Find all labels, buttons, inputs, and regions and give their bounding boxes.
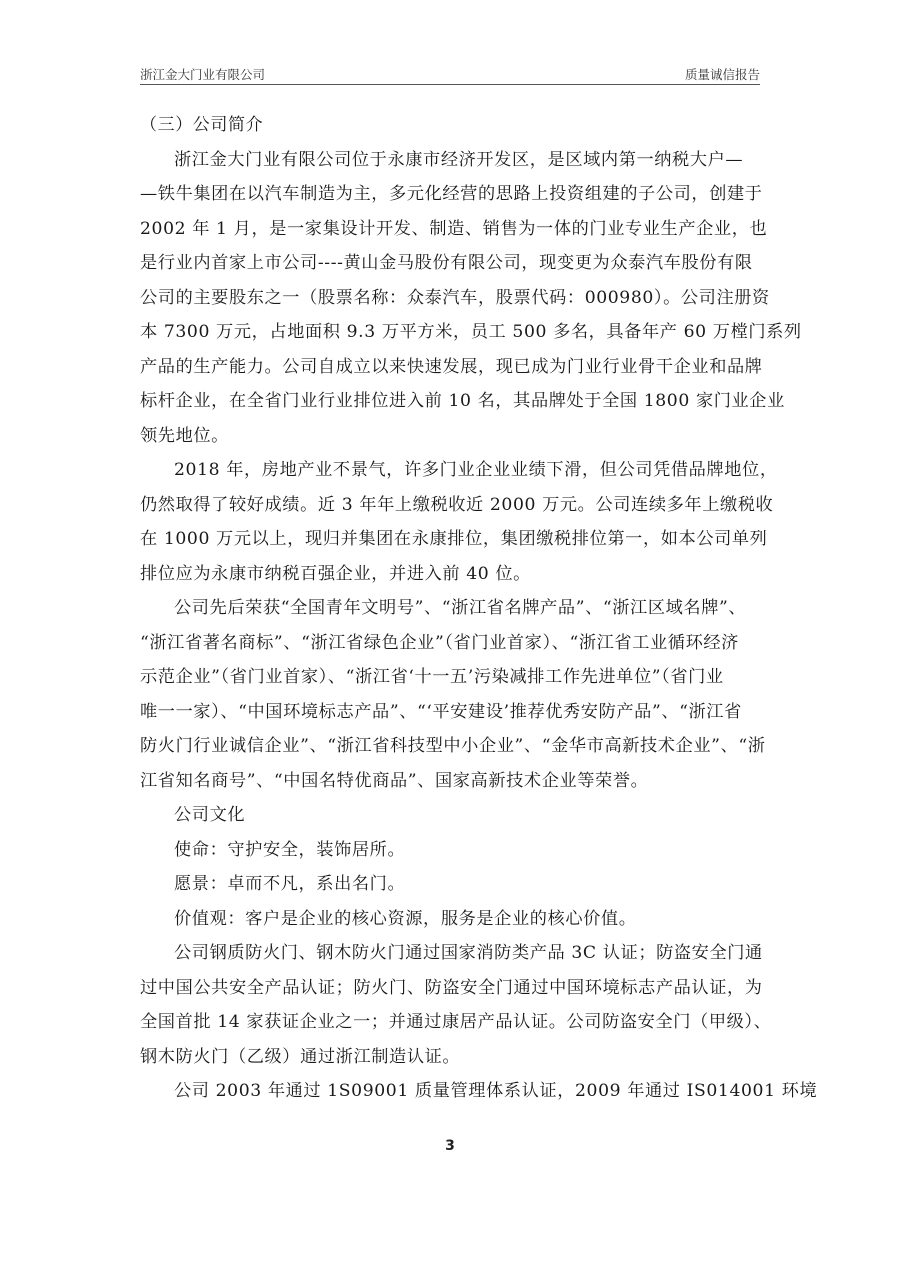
page-body: （三）公司简介 浙江金大门业有限公司位于永康市经济开发区，是区域内第一纳税大户—…: [140, 108, 760, 1109]
text-line: 示范企业”（省门业首家）、“浙江省‘十一五’污染减排工作先进单位”（省门业: [140, 660, 760, 695]
page-header: 浙江金大门业有限公司 质量诚信报告: [140, 62, 760, 85]
text-line: 过中国公共安全产品认证；防火门、防盗安全门通过中国环境标志产品认证，为: [140, 971, 760, 1006]
text-line: 钢木防火门（乙级）通过浙江制造认证。: [140, 1040, 760, 1075]
text-line: 本 7300 万元，占地面积 9.3 万平方米，员工 500 多名，具备年产 6…: [140, 315, 760, 350]
company-culture: 公司文化 使命：守护安全，装饰居所。 愿景：卓而不凡，系出名门。 价值观：客户是…: [140, 798, 760, 936]
text-line: 产品的生产能力。公司自成立以来快速发展，现已成为门业行业骨干企业和品牌: [140, 350, 760, 385]
header-report-title: 质量诚信报告: [685, 65, 760, 83]
document-page: 浙江金大门业有限公司 质量诚信报告 （三）公司简介 浙江金大门业有限公司位于永康…: [0, 0, 900, 1261]
text-line: 排位应为永康市纳税百强企业，并进入前 40 位。: [140, 557, 760, 592]
text-line: 唯一一家）、“中国环境标志产品”、“‘平安建设’推荐优秀安防产品”、“浙江省: [140, 695, 760, 730]
text-line: 防火门行业诚信企业”、“浙江省科技型中小企业”、“金华市高新技术企业”、“浙: [140, 729, 760, 764]
text-line: 是行业内首家上市公司----黄山金马股份有限公司，现变更为众泰汽车股份有限: [140, 246, 760, 281]
text-line: 在 1000 万元以上，现归并集团在永康排位，集团缴税排位第一，如本公司单列: [140, 522, 760, 557]
text-line: 公司的主要股东之一（股票名称：众泰汽车，股票代码：000980）。公司注册资: [140, 281, 760, 316]
text-line: 公司 2003 年通过 1S09001 质量管理体系认证，2009 年通过 IS…: [140, 1074, 760, 1109]
tax-paragraph: 2018 年，房地产业不景气，许多门业企业业绩下滑，但公司凭借品牌地位， 仍然取…: [140, 453, 760, 591]
section-heading: （三）公司简介: [140, 108, 760, 143]
text-line: 标杆企业，在全省门业行业排位进入前 10 名，其品牌处于全国 1800 家门业企…: [140, 384, 760, 419]
text-line: 领先地位。: [140, 419, 760, 454]
text-line: 全国首批 14 家获证企业之一；并通过康居产品认证。公司防盗安全门（甲级）、: [140, 1005, 760, 1040]
page-number: 3: [0, 1138, 900, 1154]
text-line: “浙江省著名商标”、“浙江省绿色企业”（省门业首家）、“浙江省工业循环经济: [140, 626, 760, 661]
iso-paragraph: 公司 2003 年通过 1S09001 质量管理体系认证，2009 年通过 IS…: [140, 1074, 760, 1109]
honors-paragraph: 公司先后荣获“全国青年文明号”、“浙江省名牌产品”、“浙江区域名牌”、 “浙江省…: [140, 591, 760, 798]
text-line: 公司钢质防火门、钢木防火门通过国家消防类产品 3C 认证；防盗安全门通: [140, 936, 760, 971]
culture-title: 公司文化: [140, 798, 760, 833]
culture-vision: 愿景：卓而不凡，系出名门。: [140, 867, 760, 902]
text-line: —铁牛集团在以汽车制造为主，多元化经营的思路上投资组建的子公司，创建于: [140, 177, 760, 212]
text-line: 江省知名商号”、“中国名特优商品”、国家高新技术企业等荣誉。: [140, 764, 760, 799]
intro-paragraph: 浙江金大门业有限公司位于永康市经济开发区，是区域内第一纳税大户— —铁牛集团在以…: [140, 143, 760, 454]
text-line: 公司先后荣获“全国青年文明号”、“浙江省名牌产品”、“浙江区域名牌”、: [140, 591, 760, 626]
culture-values: 价值观：客户是企业的核心资源，服务是企业的核心价值。: [140, 902, 760, 937]
certification-paragraph: 公司钢质防火门、钢木防火门通过国家消防类产品 3C 认证；防盗安全门通 过中国公…: [140, 936, 760, 1074]
text-line: 2018 年，房地产业不景气，许多门业企业业绩下滑，但公司凭借品牌地位，: [140, 453, 760, 488]
text-line: 仍然取得了较好成绩。近 3 年年上缴税收近 2000 万元。公司连续多年上缴税收: [140, 488, 760, 523]
culture-mission: 使命：守护安全，装饰居所。: [140, 833, 760, 868]
header-company-name: 浙江金大门业有限公司: [140, 65, 265, 83]
text-line: 2002 年 1 月，是一家集设计开发、制造、销售为一体的门业专业生产企业，也: [140, 212, 760, 247]
text-line: 浙江金大门业有限公司位于永康市经济开发区，是区域内第一纳税大户—: [140, 143, 760, 178]
